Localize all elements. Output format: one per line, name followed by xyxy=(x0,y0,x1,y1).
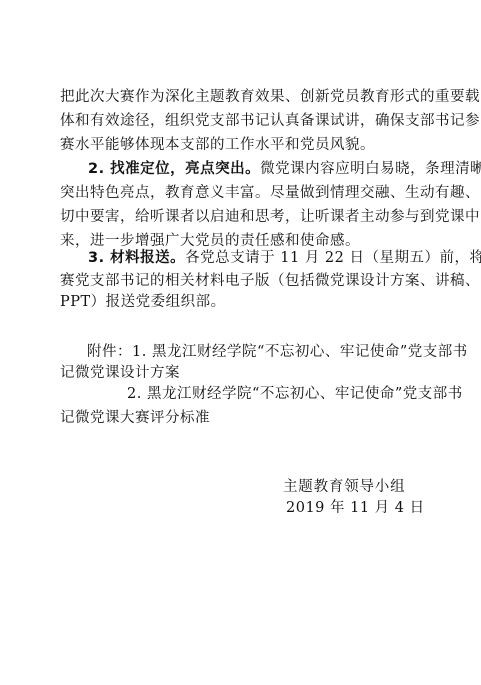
section-2-line-3: 切中要害，给听课者以启迪和思考，让听课者主动参与到党课中 xyxy=(60,206,424,228)
section-3-heading: 3. 材料报送。 xyxy=(88,250,185,266)
attachment-1-second-line: 记微党课设计方案 xyxy=(60,362,424,384)
signature-organization: 主题教育领导小组 xyxy=(283,476,405,498)
attachment-1-title: 1. 黑龙江财经学院“不忘初心、牢记使命”党支部书 xyxy=(132,344,468,360)
signature-date: 2019 年 11 月 4 日 xyxy=(286,497,425,519)
attachment-1-first-line: 附件：1. 黑龙江财经学院“不忘初心、牢记使命”党支部书 xyxy=(60,341,424,363)
section-3-line-3: PPT）报送党委组织部。 xyxy=(60,291,424,313)
attachment-label: 附件： xyxy=(87,344,132,360)
intro-line-3: 赛水平能够体现本支部的工作水平和党员风貌。 xyxy=(60,134,424,156)
attachment-2-first-line: 2. 黑龙江财经学院“不忘初心、牢记使命”党支部书 xyxy=(127,383,424,405)
section-2-heading: 2. 找准定位，亮点突出。 xyxy=(88,161,260,177)
attachment-2-second-line: 记微党课大赛评分标准 xyxy=(60,407,424,429)
section-3-first-line: 3. 材料报送。各党总支请于 11 月 22 日（星期五）前，将参 xyxy=(60,247,424,269)
section-2-first-text: 微党课内容应明白易晓，条理清晰， xyxy=(260,161,481,177)
section-3-first-text: 各党总支请于 11 月 22 日（星期五）前，将参 xyxy=(185,250,481,266)
section-2-first-line: 2. 找准定位，亮点突出。微党课内容应明白易晓，条理清晰， xyxy=(60,158,424,180)
section-3-line-2: 赛党支部书记的相关材料电子版（包括微党课设计方案、讲稿、 xyxy=(60,270,424,292)
document-page: 把此次大赛作为深化主题教育效果、创新党员教育形式的重要载 体和有效途径，组织党支… xyxy=(0,0,481,685)
section-2-line-2: 突出特色亮点，教育意义丰富。尽量做到情理交融、生动有趣、 xyxy=(60,182,424,204)
intro-line-2: 体和有效途径，组织党支部书记认真备课试讲，确保支部书记参 xyxy=(60,110,424,132)
intro-line-1: 把此次大赛作为深化主题教育效果、创新党员教育形式的重要载 xyxy=(60,86,424,108)
